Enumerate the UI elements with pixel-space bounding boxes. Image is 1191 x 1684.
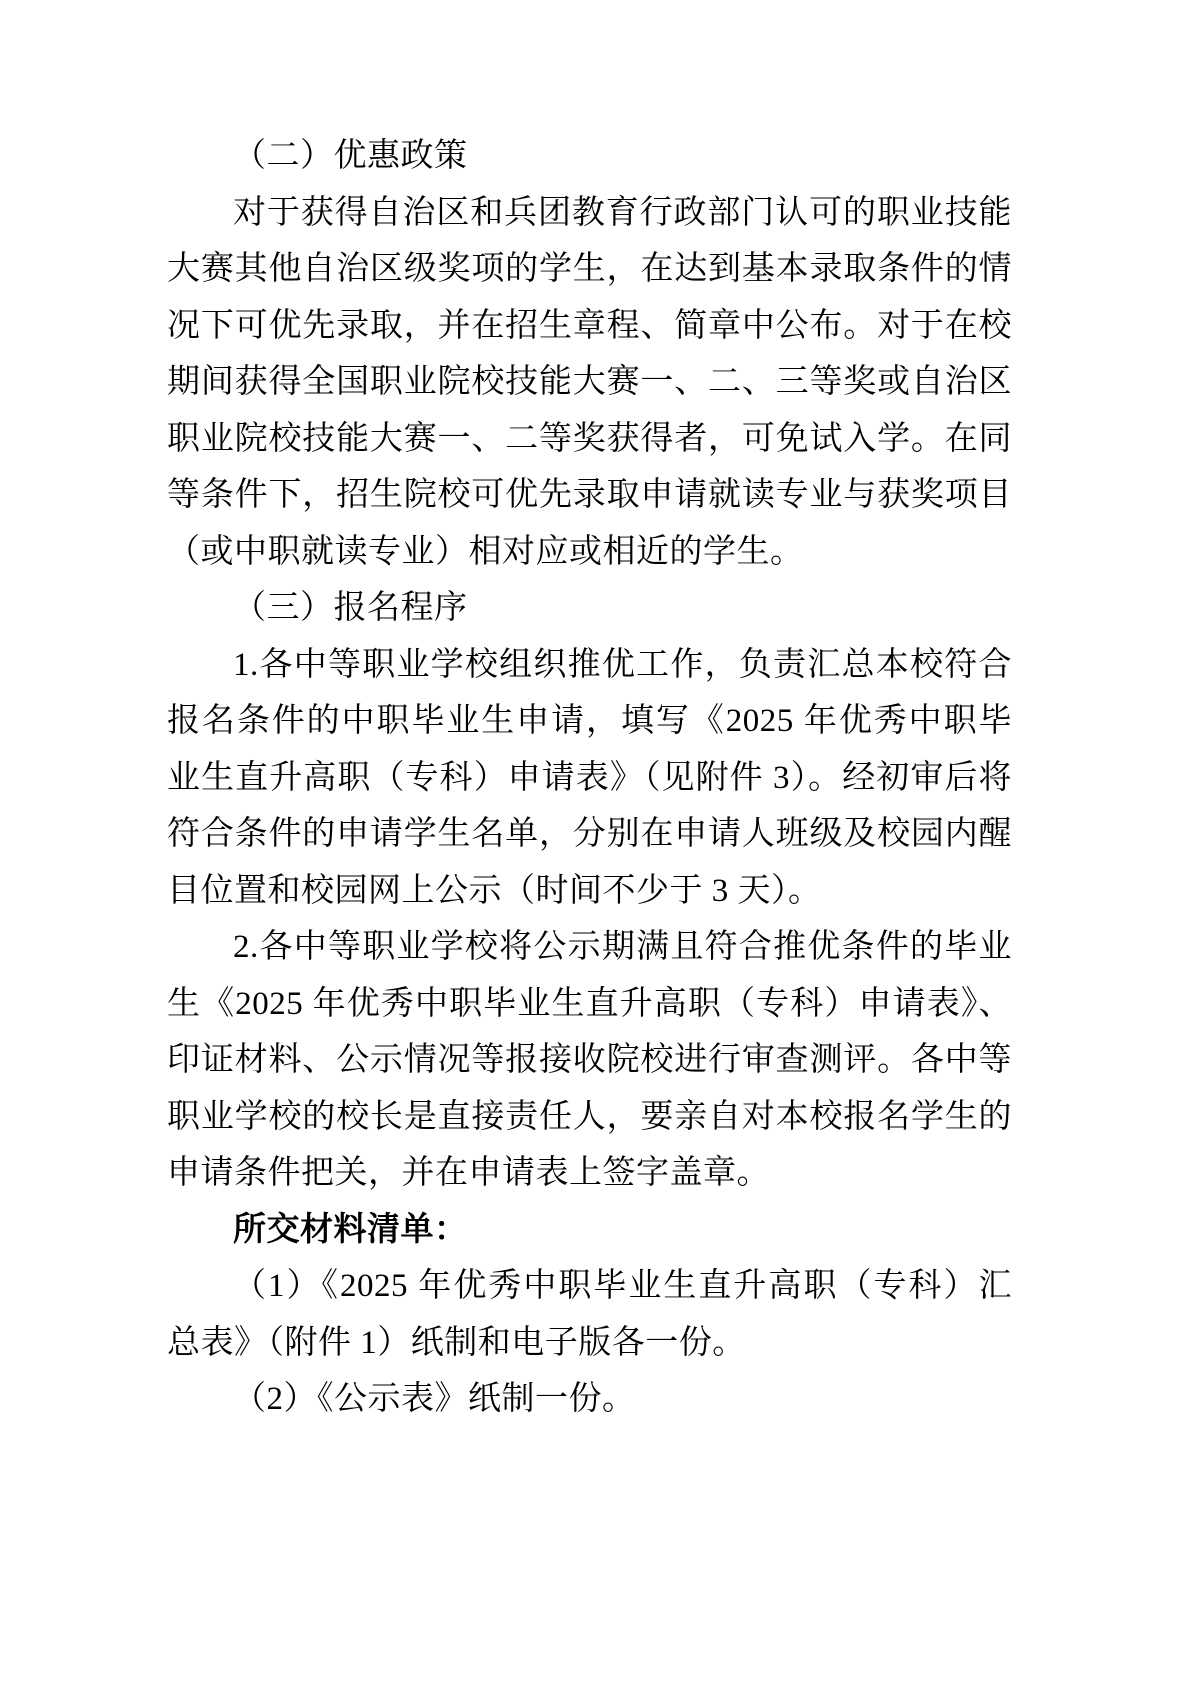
document-page: （二）优惠政策 对于获得自治区和兵团教育行政部门认可的职业技能大赛其他自治区级奖… <box>0 0 1191 1684</box>
paragraph-material-item-2: （2）《公示表》纸制一份。 <box>167 1371 1012 1428</box>
materials-list-heading: 所交材料清单： <box>167 1202 1012 1259</box>
paragraph-preferential-policy-body: 对于获得自治区和兵团教育行政部门认可的职业技能大赛其他自治区级奖项的学生，在达到… <box>167 185 1012 581</box>
document-content: （二）优惠政策 对于获得自治区和兵团教育行政部门认可的职业技能大赛其他自治区级奖… <box>167 128 1012 1428</box>
subsection-heading-registration-procedure: （三）报名程序 <box>167 580 1012 637</box>
paragraph-procedure-step-2: 2.各中等职业学校将公示期满且符合推优条件的毕业生《2025 年优秀中职毕业生直… <box>167 919 1012 1202</box>
paragraph-procedure-step-1: 1.各中等职业学校组织推优工作，负责汇总本校符合报名条件的中职毕业生申请，填写《… <box>167 637 1012 920</box>
paragraph-material-item-1: （1）《2025 年优秀中职毕业生直升高职（专科）汇总表》（附件 1）纸制和电子… <box>167 1258 1012 1371</box>
subsection-heading-preferential-policy: （二）优惠政策 <box>167 128 1012 185</box>
